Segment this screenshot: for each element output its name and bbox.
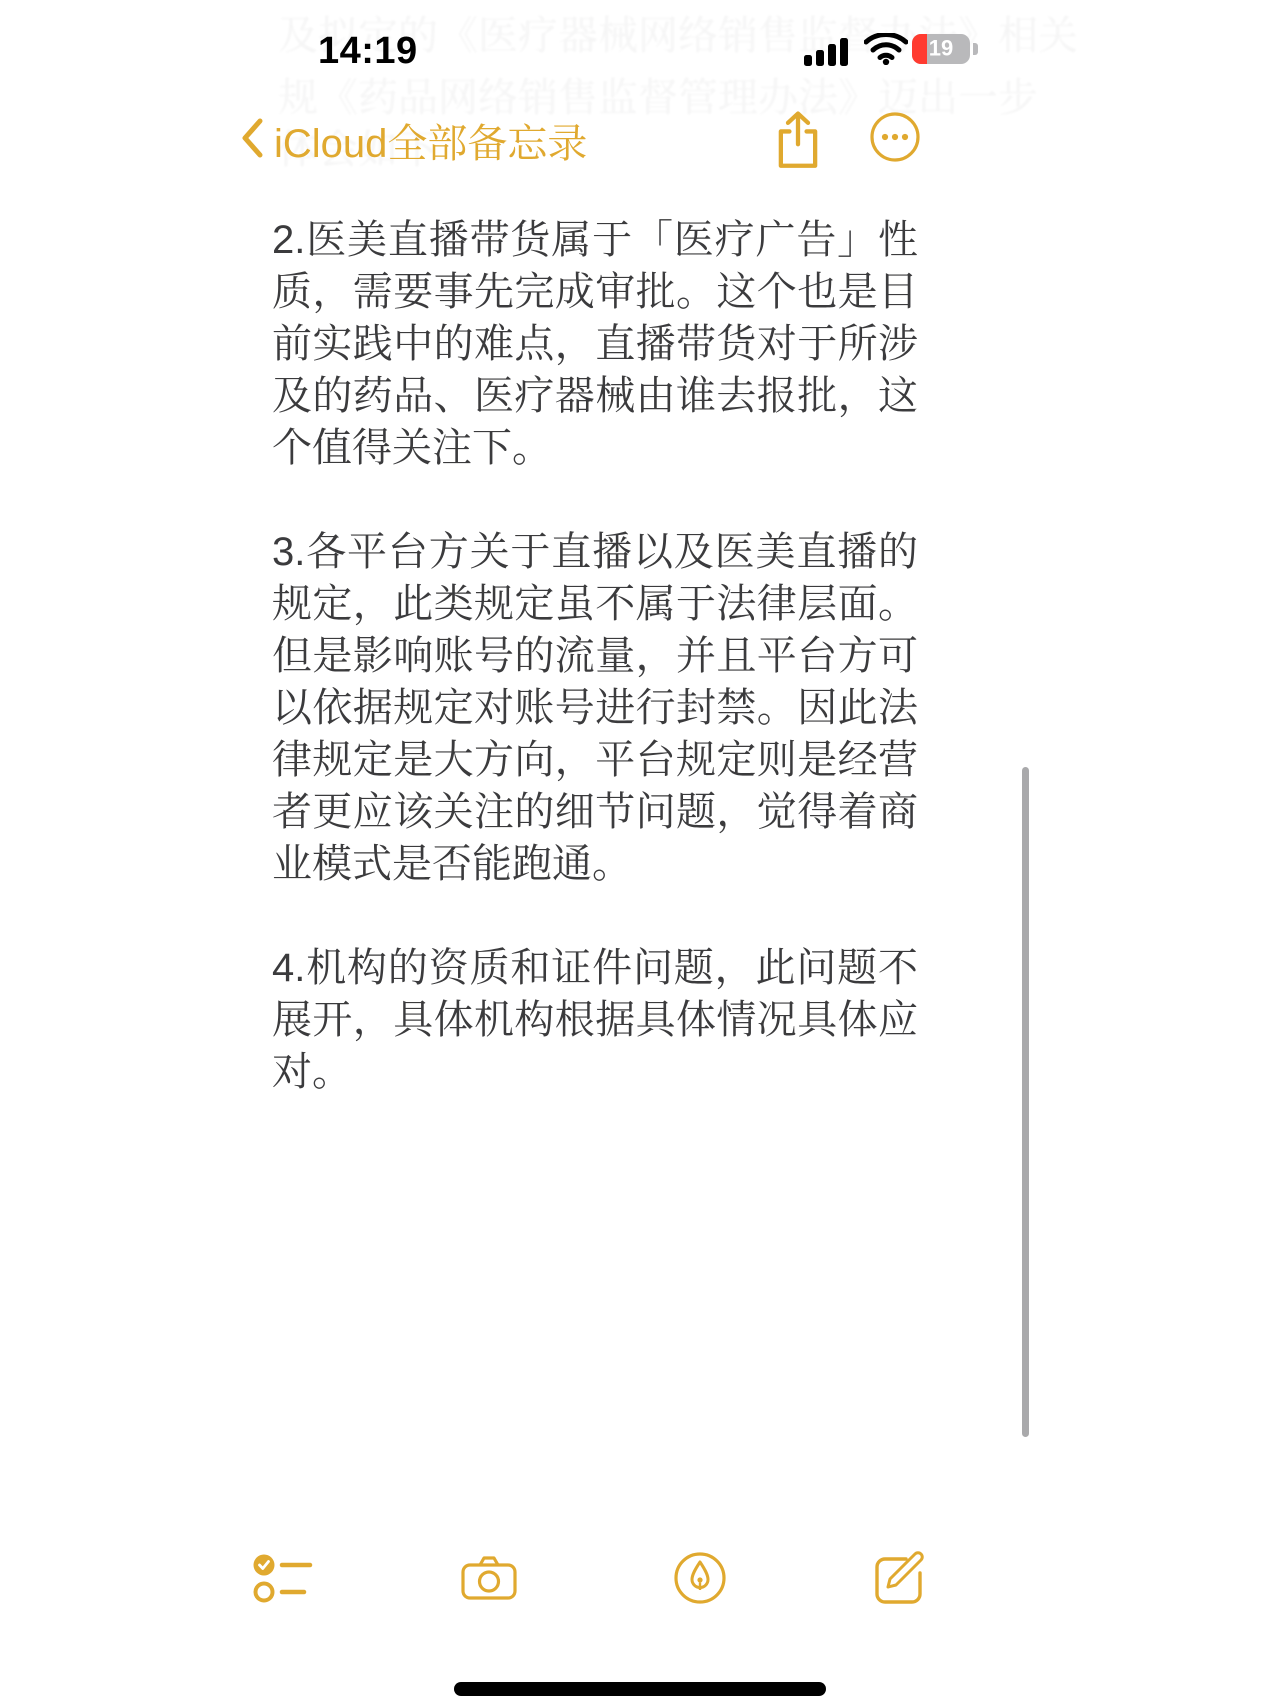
markup-button[interactable] (666, 1546, 734, 1614)
home-indicator[interactable] (454, 1682, 826, 1696)
chevron-left-icon (240, 116, 264, 165)
more-button[interactable] (868, 110, 926, 168)
checklist-icon (252, 1550, 314, 1611)
ellipsis-circle-icon (868, 151, 922, 168)
note-content[interactable]: 2.医美直播带货属于「医疗广告」性质，需要事先完成审批。这个也是目前实践中的难点… (272, 214, 918, 1150)
battery-percent: 19 (912, 35, 970, 61)
status-bar: 14:19 19 (0, 0, 1280, 100)
share-button[interactable] (772, 110, 830, 168)
wifi-icon (864, 33, 908, 70)
note-paragraph: 4.机构的资质和证件问题，此问题不展开，具体机构根据具体情况具体应对。 (272, 942, 918, 1098)
camera-icon (460, 1554, 518, 1607)
battery-icon: 19 (912, 34, 970, 64)
status-time: 14:19 (318, 30, 418, 73)
battery-nub (973, 43, 978, 55)
cellular-signal-icon (804, 36, 856, 66)
note-paragraph: 2.医美直播带货属于「医疗广告」性质，需要事先完成审批。这个也是目前实践中的难点… (272, 214, 918, 474)
compose-button[interactable] (867, 1546, 935, 1614)
note-paragraph: 3.各平台方关于直播以及医美直播的规定，此类规定虽不属于法律层面。但是影响账号的… (272, 526, 918, 890)
back-label: iCloud全部备忘录 (274, 112, 587, 169)
bottom-toolbar (0, 1540, 1280, 1630)
scrollbar[interactable] (1022, 767, 1029, 1437)
markup-pen-icon (672, 1550, 728, 1611)
nav-bar: iCloud全部备忘录 (0, 108, 1280, 178)
camera-button[interactable] (455, 1546, 523, 1614)
back-button[interactable]: iCloud全部备忘录 (240, 108, 587, 172)
checklist-button[interactable] (249, 1546, 317, 1614)
share-icon (772, 157, 824, 174)
compose-icon (872, 1549, 930, 1612)
